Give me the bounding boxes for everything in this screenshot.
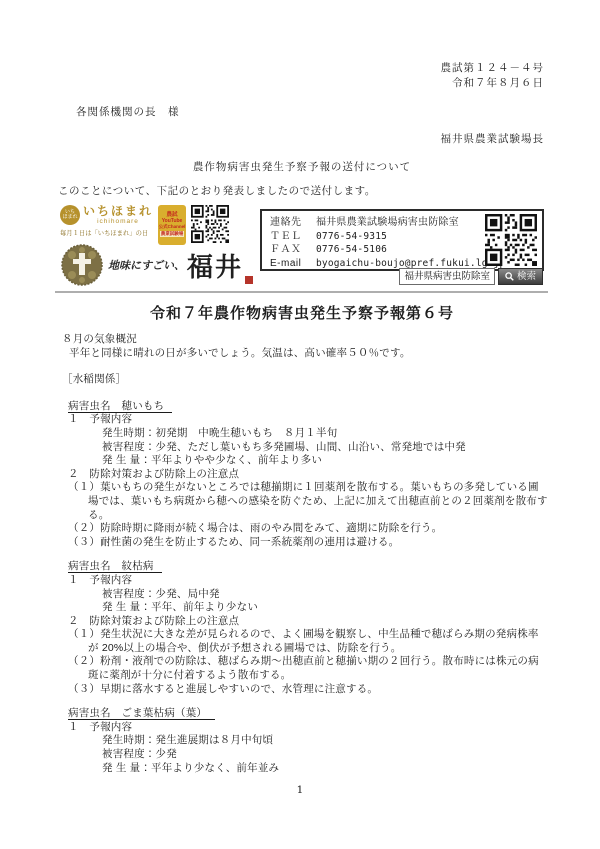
contact-row: ＦＡＸ0776-54-5106 bbox=[270, 243, 505, 257]
fukui-slogan: 地味にすごい、 福井 bbox=[108, 247, 253, 284]
bulletin-title: 令和７年農作物病害虫発生予察予報第６号 bbox=[58, 302, 546, 323]
qr-code-icon-large bbox=[485, 214, 537, 266]
logo-block: いちほまれ いちほまれ ichihomare 毎月１日は「いちほまれ」の日 農試… bbox=[58, 203, 256, 289]
countermeasure-item: （２）防除時期に降雨が続く場合は、雨のやみ間をみて、適期に防除を行う。 bbox=[58, 522, 548, 536]
youtube-channel-badge: 農試 YouTube 公式Channel 農業試験場 bbox=[158, 205, 186, 245]
badge-line: 公式Channel bbox=[159, 225, 186, 230]
slogan-small: 地味にすごい、 bbox=[108, 257, 185, 273]
forecast-detail-line: 発 生 量：平年より少なく、前年並み bbox=[58, 762, 548, 776]
pest-section: 病害虫名 紋枯病１ 予報内容被害程度：少発、局中発発 生 量：平年、前年より少な… bbox=[58, 560, 548, 696]
forecast-detail-line: 発生時期：初発期 中晩生穂いもち ８月１半旬 bbox=[58, 427, 548, 441]
bulletin-content: ８月の気象概況 平年と同様に晴れの日が多いでしょう。気温は、高い確率５０％です。… bbox=[58, 333, 548, 786]
pest-section: 病害虫名 ごま葉枯病（葉）１ 予報内容発生時期：発生進展期は８月中旬頃被害程度：… bbox=[58, 707, 548, 775]
contact-label: E-mail bbox=[270, 257, 316, 271]
contact-row: ＴＥＬ0776-54-9315 bbox=[270, 230, 505, 244]
ichihomare-name: いちほまれ bbox=[83, 205, 153, 218]
numbered-line: １ 予報内容 bbox=[58, 721, 548, 735]
doc-number: 農試第１２４－４号 bbox=[441, 61, 545, 76]
ichihomare-romaji: ichihomare bbox=[97, 218, 139, 225]
logo-row-bottom: 地味にすごい、 福井 bbox=[60, 243, 253, 287]
header-band: いちほまれ いちほまれ ichihomare 毎月１日は「いちほまれ」の日 農試… bbox=[58, 203, 546, 291]
search-widget: 福井県病害虫防除室 検索 bbox=[399, 268, 543, 285]
ichihomare-logo: いちほまれ いちほまれ ichihomare 毎月１日は「いちほまれ」の日 bbox=[60, 205, 153, 237]
sender: 福井県農業試験場長 bbox=[441, 131, 545, 146]
ichihomare-tagline: 毎月１日は「いちほまれ」の日 bbox=[60, 228, 153, 237]
badge-line: 農業試験場 bbox=[160, 231, 185, 238]
doc-date: 令和７年８月６日 bbox=[441, 76, 545, 91]
forecast-detail-line: 被害程度：少発 bbox=[58, 748, 548, 762]
contact-row: 連絡先福井県農業試験場病害虫防除室 bbox=[270, 216, 505, 230]
countermeasure-item: （２）粉剤・液剤での防除は、穂ばらみ期～出穂直前と穂揃い期の２回行う。散布時には… bbox=[58, 655, 548, 682]
category-header: ［水稲関係］ bbox=[58, 373, 548, 387]
numbered-line: ２ 防除対策および防除上の注意点 bbox=[58, 615, 548, 629]
fukui-emblem-icon bbox=[60, 243, 104, 287]
document-page: 農試第１２４－４号 令和７年８月６日 各関係機関の長 様 福井県農業試験場長 農… bbox=[0, 0, 600, 849]
pest-name-heading: 病害虫名 ごま葉枯病（葉） bbox=[58, 707, 548, 721]
pest-name-heading: 病害虫名 穂いもち bbox=[58, 400, 548, 414]
forecast-detail-line: 発 生 量：平年よりやや少なく、前年より多い bbox=[58, 454, 548, 468]
countermeasure-item: （１）発生状況に大きな差が見られるので、よく圃場を観察し、中生品種で穂ばらみ期の… bbox=[58, 628, 548, 655]
doc-meta: 農試第１２４－４号 令和７年８月６日 bbox=[441, 61, 545, 91]
contact-label: ＦＡＸ bbox=[270, 243, 316, 257]
forecast-detail-line: 被害程度：少発、局中発 bbox=[58, 588, 548, 602]
weather-heading: ８月の気象概況 bbox=[58, 333, 548, 347]
contact-value: 0776-54-5106 bbox=[316, 243, 387, 257]
ichihomare-mark-icon: いちほまれ bbox=[60, 205, 80, 225]
contact-value: 0776-54-9315 bbox=[316, 230, 387, 244]
forecast-detail-line: 被害程度：少発、ただし葉いもち多発圃場、山間、山沿い、常発地では中発 bbox=[58, 441, 548, 455]
pest-name-heading: 病害虫名 紋枯病 bbox=[58, 560, 548, 574]
numbered-line: ２ 防除対策および防除上の注意点 bbox=[58, 468, 548, 482]
search-icon bbox=[505, 272, 514, 281]
numbered-line: １ 予報内容 bbox=[58, 574, 548, 588]
red-seal-icon bbox=[245, 276, 253, 284]
search-query-box: 福井県病害虫防除室 bbox=[399, 268, 495, 285]
weather-body: 平年と同様に晴れの日が多いでしょう。気温は、高い確率５０％です。 bbox=[58, 347, 548, 361]
contact-rows: 連絡先福井県農業試験場病害虫防除室ＴＥＬ0776-54-9315ＦＡＸ0776-… bbox=[270, 216, 505, 270]
contact-value: 福井県農業試験場病害虫防除室 bbox=[316, 216, 459, 230]
qr-code-icon-small bbox=[191, 205, 229, 243]
contact-label: ＴＥＬ bbox=[270, 230, 316, 244]
countermeasure-item: （３）耐性菌の発生を防止するため、同一系統薬剤の連用は避ける。 bbox=[58, 536, 548, 550]
slogan-large: 福井 bbox=[187, 247, 243, 284]
countermeasure-item: （１）葉いもちの発生がないところでは穂揃期に１回薬剤を散布する。葉いもちの多発し… bbox=[58, 481, 548, 522]
countermeasure-item: （３）早期に落水すると進展しやすいので、水管理に注意する。 bbox=[58, 683, 548, 697]
logo-row-top: いちほまれ いちほまれ ichihomare 毎月１日は「いちほまれ」の日 農試… bbox=[60, 205, 229, 245]
letter-intro: このことについて、下記のとおり発表しましたので送付します。 bbox=[58, 183, 376, 198]
contact-label: 連絡先 bbox=[270, 216, 316, 230]
forecast-detail-line: 発 生 量：平年、前年より少ない bbox=[58, 601, 548, 615]
pest-section: 病害虫名 穂いもち１ 予報内容発生時期：初発期 中晩生穂いもち ８月１半旬被害程… bbox=[58, 400, 548, 550]
addressee: 各関係機関の長 様 bbox=[76, 104, 180, 119]
search-button: 検索 bbox=[498, 268, 543, 285]
search-button-label: 検索 bbox=[517, 268, 536, 285]
forecast-detail-line: 発生時期：発生進展期は８月中旬頃 bbox=[58, 734, 548, 748]
contact-box: 連絡先福井県農業試験場病害虫防除室ＴＥＬ0776-54-9315ＦＡＸ0776-… bbox=[260, 209, 544, 271]
page-number: 1 bbox=[0, 784, 600, 796]
numbered-line: １ 予報内容 bbox=[58, 413, 548, 427]
pest-sections: 病害虫名 穂いもち１ 予報内容発生時期：初発期 中晩生穂いもち ８月１半旬被害程… bbox=[58, 400, 548, 775]
letter-subject: 農作物病害虫発生予察予報の送付について bbox=[58, 159, 546, 174]
horizontal-rule bbox=[55, 291, 548, 293]
